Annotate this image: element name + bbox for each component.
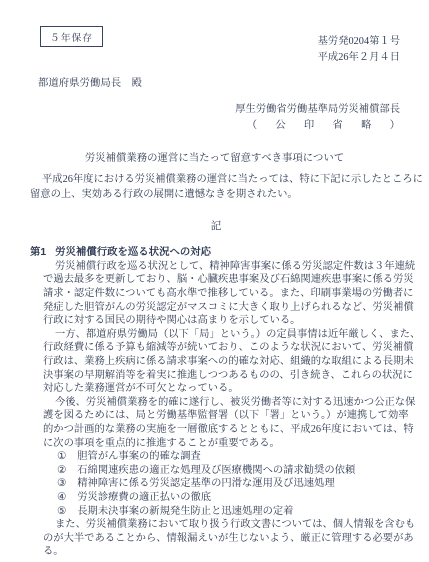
section-title: 労災補償行政を巡る状況への対応	[55, 247, 211, 258]
body-line: 的かつ計画的な業務の実施を一層徹底するとともに、平成26年度においては、特	[43, 423, 402, 437]
addressee: 都道府県労働局長 殿	[38, 74, 142, 89]
body-line: 一方、都道府県労働局（以下「局」という。）の定員事情は近年厳しく、また、	[43, 328, 402, 342]
body-line: 労災補償行政を巡る状況として、精神障害事案に係る労災認定件数は３年連続	[43, 260, 402, 274]
body-line: 今後、労災補償業務を的確に遂行し、被災労働者等に対する迅速かつ公正な保	[43, 396, 402, 410]
body-line: のが大半であることから、情報漏えいが生じないよう、厳正に管理する必要があ	[43, 532, 402, 546]
bullet-text: 精神障害に係る労災認定基準の円滑な運用及び迅速処理	[77, 478, 334, 489]
bullet-item: ⑤長期未決事案の新規発生防止と迅速処理の定着	[43, 505, 402, 519]
body-line: 発症した胆管がんの労災認定がマスコミに大きく取り上げられるなど、労災補償	[43, 301, 402, 315]
bullet-marker: ⑤	[57, 506, 66, 517]
intro-line: 平成26年度における労災補償業務の運営に当たっては、特に下記に示したところに	[30, 172, 402, 187]
record-mark: 記	[30, 220, 402, 234]
issue-date: 平成26年２月４日	[318, 48, 400, 63]
body-line: また、労災補償業務において取り扱う行政文書については、個人情報を含むも	[43, 518, 402, 532]
bullet-text: 胆管がん事案の的確な調査	[77, 451, 201, 462]
sender-title: 厚生労働省労働基準局労災補償部長	[235, 100, 400, 115]
paragraph-1: 労災補償行政を巡る状況として、精神障害事案に係る労災認定件数は３年連続 で過去最…	[43, 260, 402, 328]
paragraph-2: 一方、都道府県労働局（以下「局」という。）の定員事情は近年厳しく、また、 行政経…	[43, 328, 402, 396]
paragraph-4: また、労災補償業務において取り扱う行政文書については、個人情報を含むも のが大半…	[43, 518, 402, 559]
bullet-text: 労災診療費の適正払いの徹底	[77, 492, 211, 503]
bullet-text: 長期未決事案の新規発生防止と迅速処理の定着	[77, 506, 293, 517]
intro-paragraph: 平成26年度における労災補償業務の運営に当たっては、特に下記に示したところに 留…	[30, 172, 402, 202]
body-line: で過去最多を更新しており、脳・心臓疾患事案及び石綿関連疾患事案に係る労災	[43, 273, 402, 287]
retention-period-box: ５年保存	[40, 26, 103, 47]
body-line: 決事案の早期解消等を着実に推進しつつあるものの、引き続き、これらの状況に	[43, 369, 402, 383]
bullet-marker: ①	[57, 451, 66, 462]
bullet-item: ①胆管がん事案の的確な調査	[43, 450, 402, 464]
document-body: 平成26年度における労災補償業務の運営に当たっては、特に下記に示したところに 留…	[30, 172, 402, 559]
body-line: 対応した業務運営が不可欠となっている。	[43, 382, 402, 396]
document-title: 労災補償業務の運営に当たって留意すべき事項について	[0, 149, 429, 164]
seal-omitted-note: （ 公 印 省 略 ）	[247, 116, 404, 131]
document-page: ５年保存 基労発0204第１号 平成26年２月４日 都道府県労働局長 殿 厚生労…	[0, 0, 429, 562]
body-line: る。	[43, 545, 402, 559]
retention-label: ５年保存	[50, 30, 93, 44]
section-heading: 第1労災補償行政を巡る状況への対応	[30, 246, 402, 260]
bullet-list: ①胆管がん事案の的確な調査 ②石綿関連疾患の適正な処理及び医療機関への請求勧奨の…	[43, 450, 402, 518]
body-line: 行政は、業務上疾病に係る請求事案への的確な対応、組織的な取組による長期未	[43, 355, 402, 369]
body-line: 行政経費に係る予算も縮減等が続いており、このような状況において、労災補償	[43, 341, 402, 355]
paragraph-3: 今後、労災補償業務を的確に遂行し、被災労働者等に対する迅速かつ公正な保 護を図る…	[43, 396, 402, 450]
bullet-text: 石綿関連疾患の適正な処理及び医療機関への請求勧奨の依頼	[77, 465, 355, 476]
bullet-item: ③精神障害に係る労災認定基準の円滑な運用及び迅速処理	[43, 477, 402, 491]
bullet-marker: ②	[57, 465, 66, 476]
body-line: 請求・認定件数についても高水準で推移している。また、印刷事業場の労働者に	[43, 287, 402, 301]
body-line: 護を図るためには、局と労働基準監督署（以下「署」という。）が連携して効率	[43, 409, 402, 423]
bullet-item: ④労災診療費の適正払いの徹底	[43, 491, 402, 505]
body-line: 行政に対する国民の期待や関心は高まりを示している。	[43, 314, 402, 328]
bullet-marker: ③	[57, 478, 66, 489]
bullet-item: ②石綿関連疾患の適正な処理及び医療機関への請求勧奨の依頼	[43, 464, 402, 478]
body-line: に次の事項を重点的に推進することが重要である。	[43, 437, 402, 451]
doc-number: 基労発0204第１号	[318, 32, 400, 47]
section-number: 第1	[30, 247, 46, 258]
section-body: 労災補償行政を巡る状況として、精神障害事案に係る労災認定件数は３年連続 で過去最…	[43, 260, 402, 559]
intro-line: 留意の上、実効ある行政の展開に遺憾なきを期されたい。	[30, 187, 402, 202]
bullet-marker: ④	[57, 492, 66, 503]
